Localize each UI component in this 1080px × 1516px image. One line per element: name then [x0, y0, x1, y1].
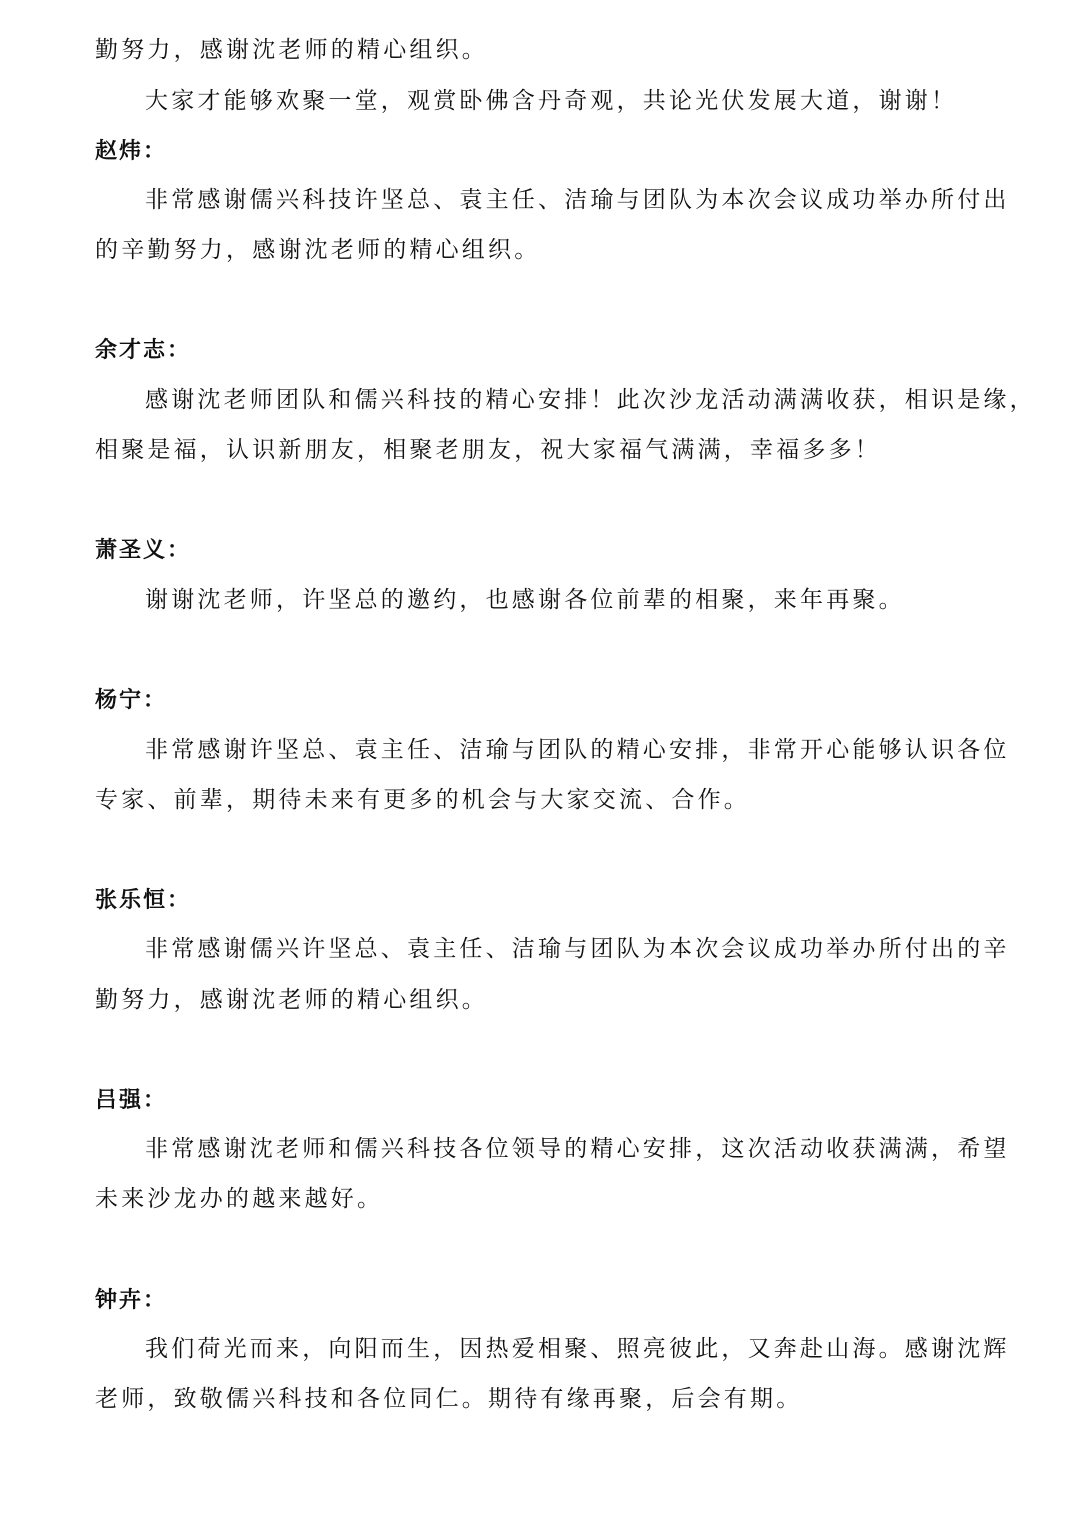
paragraph-line: 勤努力，感谢沈老师的精心组织。	[95, 35, 488, 65]
document-page: 勤努力，感谢沈老师的精心组织。 大家才能够欢聚一堂，观赏卧佛含丹奇观，共论光伏发…	[0, 0, 1080, 1516]
paragraph-line: 老师，致敬儒兴科技和各位同仁。期待有缘再聚，后会有期。	[95, 1384, 802, 1414]
paragraph-line: 的辛勤努力，感谢沈老师的精心组织。	[95, 235, 540, 265]
speaker-name: 赵炜：	[95, 137, 167, 167]
paragraph-line: 感谢沈老师团队和儒兴科技的精心安排！此次沙龙活动满满收获，相识是缘，	[145, 385, 1036, 415]
paragraph-line: 大家才能够欢聚一堂，观赏卧佛含丹奇观，共论光伏发展大道，谢谢！	[145, 86, 957, 116]
paragraph-line: 非常感谢儒兴许坚总、袁主任、洁瑜与团队为本次会议成功举办所付出的辛	[145, 934, 1010, 964]
paragraph-line: 未来沙龙办的越来越好。	[95, 1184, 383, 1214]
speaker-name: 萧圣义：	[95, 536, 191, 566]
speaker-name: 杨宁：	[95, 686, 167, 716]
paragraph-line: 专家、前辈，期待未来有更多的机会与大家交流、合作。	[95, 785, 750, 815]
paragraph-line: 非常感谢许坚总、袁主任、洁瑜与团队的精心安排，非常开心能够认识各位	[145, 735, 1010, 765]
paragraph-line: 非常感谢儒兴科技许坚总、袁主任、洁瑜与团队为本次会议成功举办所付出	[145, 185, 1010, 215]
speaker-name: 张乐恒：	[95, 886, 191, 916]
speaker-name: 钟卉：	[95, 1286, 167, 1316]
paragraph-line: 非常感谢沈老师和儒兴科技各位领导的精心安排，这次活动收获满满，希望	[145, 1134, 1010, 1164]
speaker-name: 吕强：	[95, 1086, 167, 1116]
speaker-name: 余才志：	[95, 336, 191, 366]
paragraph-line: 我们荷光而来，向阳而生，因热爱相聚、照亮彼此，又奔赴山海。感谢沈辉	[145, 1334, 1010, 1364]
paragraph-line: 谢谢沈老师，许坚总的邀约，也感谢各位前辈的相聚，来年再聚。	[145, 585, 905, 615]
paragraph-line: 相聚是福，认识新朋友，相聚老朋友，祝大家福气满满，幸福多多！	[95, 435, 881, 465]
paragraph-line: 勤努力，感谢沈老师的精心组织。	[95, 985, 488, 1015]
